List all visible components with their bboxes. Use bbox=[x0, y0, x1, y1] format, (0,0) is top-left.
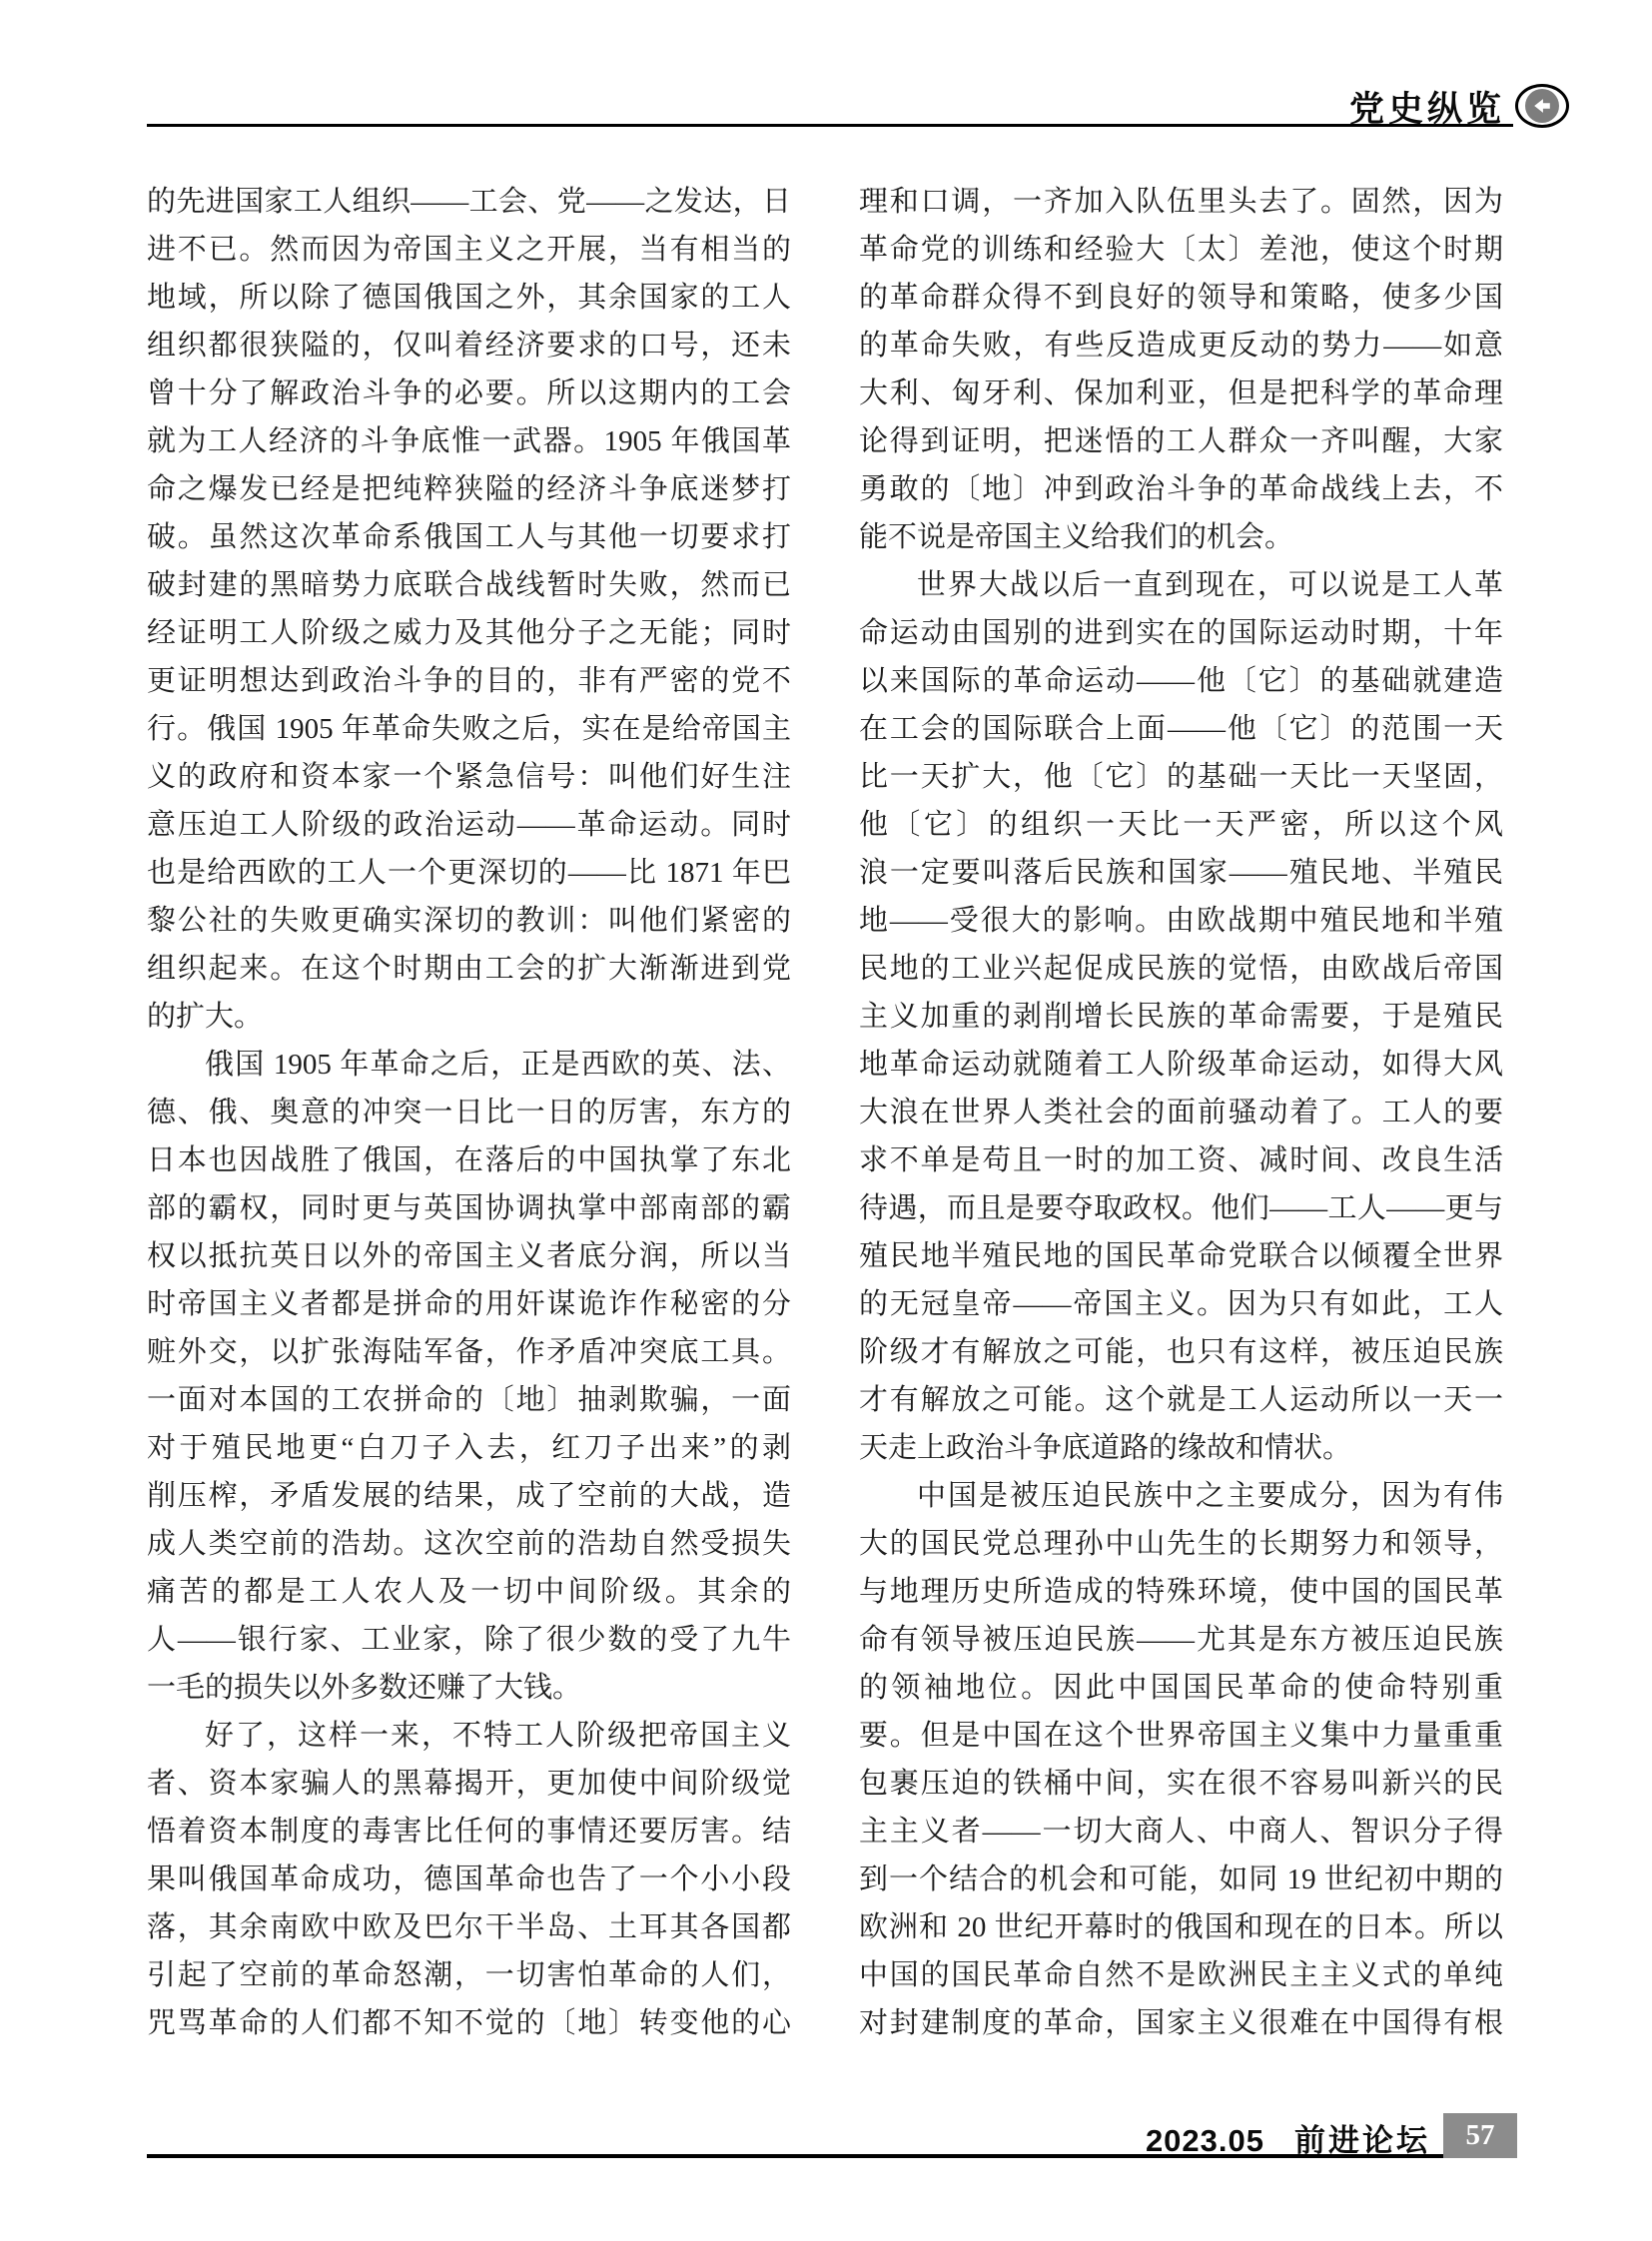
text-line: 命有领导被压迫民族——尤其是东方被压迫民族 bbox=[859, 1616, 1503, 1664]
text-line: 部的霸权，同时更与英国协调执掌中部南部的霸 bbox=[147, 1184, 791, 1232]
text-line: 对于殖民地更“白刀子入去，红刀子出来”的剥 bbox=[147, 1424, 791, 1472]
text-line: 对封建制度的革命，国家主义很难在中国得有根 bbox=[859, 1999, 1503, 2047]
text-line: 组织都很狭隘的，仅叫着经济要求的口号，还未 bbox=[147, 322, 791, 370]
text-line: 的扩大。 bbox=[147, 993, 791, 1041]
text-column-right: 理和口调，一齐加入队伍里头去了。固然，因为革命党的训练和经验大〔太〕差池，使这个… bbox=[859, 178, 1503, 2047]
text-line: 能不说是帝国主义给我们的机会。 bbox=[859, 513, 1503, 561]
text-line: 理和口调，一齐加入队伍里头去了。固然，因为 bbox=[859, 178, 1503, 226]
text-line: 落，其余南欧中欧及巴尔干半岛、土耳其各国都 bbox=[147, 1903, 791, 1951]
text-line: 包裹压迫的铁桶中间，实在很不容易叫新兴的民 bbox=[859, 1760, 1503, 1808]
left-arrow-icon bbox=[1525, 89, 1559, 123]
text-line: 的革命失败，有些反造成更反动的势力——如意 bbox=[859, 322, 1503, 370]
text-line: 的先进国家工人组织——工会、党——之发达，日 bbox=[147, 178, 791, 226]
text-line: 组织起来。在这个时期由工会的扩大渐渐进到党 bbox=[147, 945, 791, 993]
text-line: 地——受很大的影响。由欧战期中殖民地和半殖 bbox=[859, 897, 1503, 945]
text-line: 的无冠皇帝——帝国主义。因为只有如此，工人 bbox=[859, 1280, 1503, 1328]
text-line: 人——银行家、工业家，除了很少数的受了九牛 bbox=[147, 1616, 791, 1664]
text-line: 俄国 1905 年革命之后，正是西欧的英、法、 bbox=[147, 1041, 791, 1089]
text-line: 的革命群众得不到良好的领导和策略，使多少国 bbox=[859, 274, 1503, 322]
text-line: 咒骂革命的人们都不知不觉的〔地〕转变他的心 bbox=[147, 1999, 791, 2047]
text-line: 阶级才有解放之可能，也只有这样，被压迫民族 bbox=[859, 1328, 1503, 1376]
text-line: 大利、匈牙利、保加利亚，但是把科学的革命理 bbox=[859, 370, 1503, 417]
text-line: 进不已。然而因为帝国主义之开展，当有相当的 bbox=[147, 226, 791, 274]
text-line: 经证明工人阶级之威力及其他分子之无能；同时 bbox=[147, 609, 791, 657]
text-line: 中国的国民革命自然不是欧洲民主主义式的单纯 bbox=[859, 1951, 1503, 1999]
text-line: 者、资本家骗人的黑幕揭开，更加使中间阶级觉 bbox=[147, 1760, 791, 1808]
text-line: 要。但是中国在这个世界帝国主义集中力量重重 bbox=[859, 1712, 1503, 1760]
text-line: 悟着资本制度的毒害比任何的事情还要厉害。结 bbox=[147, 1808, 791, 1856]
text-line: 时帝国主义者都是拼命的用奸谋诡诈作秘密的分 bbox=[147, 1280, 791, 1328]
text-line: 德、俄、奥意的冲突一日比一日的厉害，东方的 bbox=[147, 1089, 791, 1136]
text-line: 殖民地半殖民地的国民革命党联合以倾覆全世界 bbox=[859, 1232, 1503, 1280]
footer-text: 2023.05前进论坛 bbox=[147, 2115, 1430, 2160]
page-number-badge: 57 bbox=[1443, 2113, 1517, 2158]
text-line: 果叫俄国革命成功，德国革命也告了一个小小段 bbox=[147, 1856, 791, 1903]
text-line: 民地的工业兴起促成民族的觉悟，由欧战后帝国 bbox=[859, 945, 1503, 993]
footer-journal-name: 前进论坛 bbox=[1294, 2123, 1430, 2158]
text-line: 主主义者——一切大商人、中商人、智识分子得 bbox=[859, 1808, 1503, 1856]
text-line: 才有解放之可能。这个就是工人运动所以一天一 bbox=[859, 1376, 1503, 1424]
text-line: 命之爆发已经是把纯粹狭隘的经济斗争底迷梦打 bbox=[147, 465, 791, 513]
text-line: 成人类空前的浩劫。这次空前的浩劫自然受损失 bbox=[147, 1520, 791, 1568]
text-line: 浪一定要叫落后民族和国家——殖民地、半殖民 bbox=[859, 849, 1503, 897]
text-line: 就为工人经济的斗争底惟一武器。1905 年俄国革 bbox=[147, 417, 791, 465]
text-line: 在工会的国际联合上面——他〔它〕的范围一天 bbox=[859, 705, 1503, 753]
back-circle-icon[interactable] bbox=[1515, 84, 1569, 128]
text-line: 世界大战以后一直到现在，可以说是工人革 bbox=[859, 561, 1503, 609]
text-line: 破。虽然这次革命系俄国工人与其他一切要求打 bbox=[147, 513, 791, 561]
text-line: 的领袖地位。因此中国国民革命的使命特别重 bbox=[859, 1664, 1503, 1712]
text-line: 命运动由国别的进到实在的国际运动时期，十年 bbox=[859, 609, 1503, 657]
text-line: 好了，这样一来，不特工人阶级把帝国主义 bbox=[147, 1712, 791, 1760]
text-column-left: 的先进国家工人组织——工会、党——之发达，日进不已。然而因为帝国主义之开展，当有… bbox=[147, 178, 791, 2047]
page-number: 57 bbox=[1466, 2119, 1495, 2152]
text-line: 更证明想达到政治斗争的目的，非有严密的党不 bbox=[147, 657, 791, 705]
text-line: 日本也因战胜了俄国，在落后的中国执掌了东北 bbox=[147, 1136, 791, 1184]
text-line: 革命党的训练和经验大〔太〕差池，使这个时期 bbox=[859, 226, 1503, 274]
text-line: 一面对本国的工农拼命的〔地〕抽剥欺骗，一面 bbox=[147, 1376, 791, 1424]
header-rule bbox=[147, 124, 1513, 127]
text-line: 与地理历史所造成的特殊环境，使中国的国民革 bbox=[859, 1568, 1503, 1616]
text-line: 义的政府和资本家一个紧急信号：叫他们好生注 bbox=[147, 753, 791, 801]
text-line: 意压迫工人阶级的政治运动——革命运动。同时 bbox=[147, 801, 791, 849]
text-line: 到一个结合的机会和可能，如同 19 世纪初中期的 bbox=[859, 1856, 1503, 1903]
text-line: 赃外交，以扩张海陆军备，作矛盾冲突底工具。 bbox=[147, 1328, 791, 1376]
footer-issue: 2023.05 bbox=[1146, 2123, 1264, 2158]
text-line: 比一天扩大，他〔它〕的基础一天比一天坚固， bbox=[859, 753, 1503, 801]
text-line: 中国是被压迫民族中之主要成分，因为有伟 bbox=[859, 1472, 1503, 1520]
text-line: 大浪在世界人类社会的面前骚动着了。工人的要 bbox=[859, 1089, 1503, 1136]
text-line: 论得到证明，把迷悟的工人群众一齐叫醒，大家 bbox=[859, 417, 1503, 465]
text-line: 曾十分了解政治斗争的必要。所以这期内的工会 bbox=[147, 370, 791, 417]
text-line: 他〔它〕的组织一天比一天严密，所以这个风 bbox=[859, 801, 1503, 849]
text-line: 大的国民党总理孙中山先生的长期努力和领导， bbox=[859, 1520, 1503, 1568]
text-line: 地革命运动就随着工人阶级革命运动，如得大风 bbox=[859, 1041, 1503, 1089]
text-line: 黎公社的失败更确实深切的教训：叫他们紧密的 bbox=[147, 897, 791, 945]
text-line: 权以抵抗英日以外的帝国主义者底分润，所以当 bbox=[147, 1232, 791, 1280]
text-line: 削压榨，矛盾发展的结果，成了空前的大战，造 bbox=[147, 1472, 791, 1520]
text-line: 主义加重的剥削增长民族的革命需要，于是殖民 bbox=[859, 993, 1503, 1041]
text-line: 天走上政治斗争底道路的缘故和情状。 bbox=[859, 1424, 1503, 1472]
text-line: 行。俄国 1905 年革命失败之后，实在是给帝国主 bbox=[147, 705, 791, 753]
text-line: 以来国际的革命运动——他〔它〕的基础就建造 bbox=[859, 657, 1503, 705]
text-line: 求不单是苟且一时的加工资、减时间、改良生活 bbox=[859, 1136, 1503, 1184]
text-line: 一毛的损失以外多数还赚了大钱。 bbox=[147, 1664, 791, 1712]
text-line: 地域，所以除了德国俄国之外，其余国家的工人 bbox=[147, 274, 791, 322]
text-line: 欧洲和 20 世纪开幕时的俄国和现在的日本。所以 bbox=[859, 1903, 1503, 1951]
text-line: 待遇，而且是要夺取政权。他们——工人——更与 bbox=[859, 1184, 1503, 1232]
text-line: 破封建的黑暗势力底联合战线暂时失败，然而已 bbox=[147, 561, 791, 609]
text-line: 勇敢的〔地〕冲到政治斗争的革命战线上去，不 bbox=[859, 465, 1503, 513]
text-line: 痛苦的都是工人农人及一切中间阶级。其余的 bbox=[147, 1568, 791, 1616]
text-line: 引起了空前的革命怒潮，一切害怕革命的人们， bbox=[147, 1951, 791, 1999]
text-line: 也是给西欧的工人一个更深切的——比 1871 年巴 bbox=[147, 849, 791, 897]
